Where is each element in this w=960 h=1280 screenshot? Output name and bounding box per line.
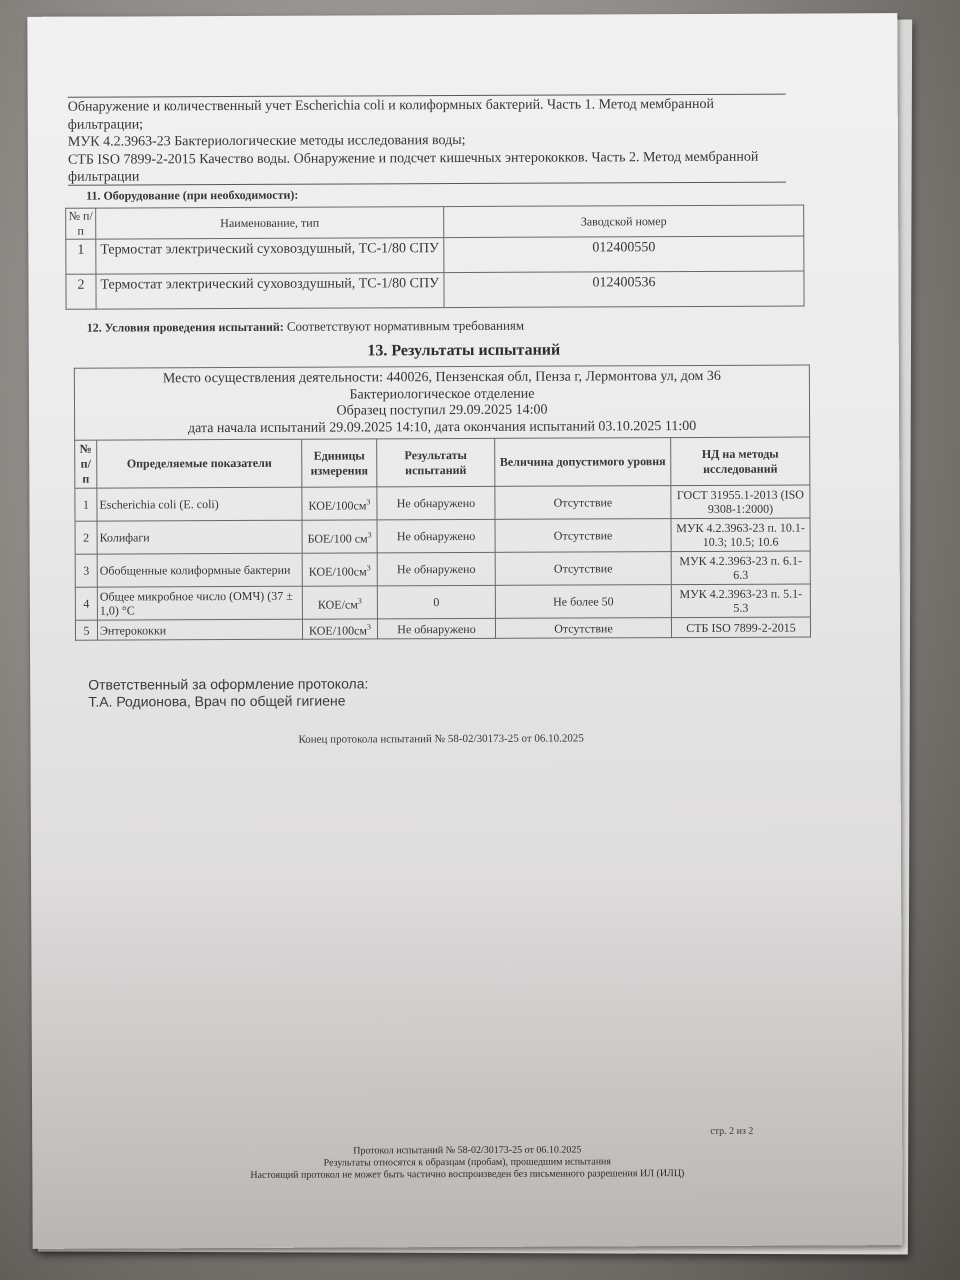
results-header-row: № п/п Определяемые показатели Единицы из…	[75, 437, 810, 488]
table-row: 2КолифагиБОЕ/100 см3Не обнаруженоОтсутст…	[75, 518, 810, 554]
row-method: МУК 4.2.3963-23 п. 6.1-6.3	[671, 551, 810, 585]
row-num: 5	[75, 620, 97, 640]
row-limit: Отсутствие	[495, 486, 671, 520]
row-limit: Отсутствие	[495, 618, 671, 639]
method-line: Обнаружение и количественный учет Escher…	[68, 96, 788, 134]
table-row: 5ЭнтерококкиКОЕ/100см3Не обнаруженоОтсут…	[75, 617, 810, 640]
row-num: 2	[75, 521, 97, 554]
equipment-num: 1	[66, 239, 96, 274]
table-row: 2 Термостат электрический суховоздушный,…	[66, 271, 804, 309]
responsible-label: Ответственный за оформление протокола:	[88, 675, 368, 693]
equipment-serial: 012400550	[444, 236, 804, 273]
row-unit: КОЕ/100см3	[302, 487, 377, 520]
unit-exponent: 3	[368, 530, 372, 539]
col-indicator: Определяемые показатели	[97, 439, 302, 488]
equipment-name: Термостат электрический суховоздушный, Т…	[96, 273, 444, 310]
row-indicator: Энтерококки	[97, 619, 302, 640]
row-result: Не обнаружено	[377, 552, 495, 586]
equipment-heading: 11. Оборудование (при необходимости):	[86, 188, 298, 204]
unit-exponent: 3	[366, 497, 370, 506]
row-indicator: Общее микробное число (ОМЧ) (37 ± 1,0) °…	[97, 586, 302, 620]
table-row: 1 Термостат электрический суховоздушный,…	[66, 236, 804, 274]
equipment-num: 2	[66, 274, 96, 309]
col-limit: Величина допустимого уровня	[495, 438, 671, 487]
row-result: 0	[377, 585, 495, 619]
table-row: 4Общее микробное число (ОМЧ) (37 ± 1,0) …	[75, 584, 810, 620]
document-page: Обнаружение и количественный учет Escher…	[27, 13, 902, 1249]
col-num: № п/п	[66, 208, 96, 239]
row-unit: БОЕ/100 см3	[302, 520, 377, 553]
equipment-table: № п/п Наименование, тип Заводской номер …	[65, 205, 804, 310]
row-num: 3	[75, 554, 97, 587]
conditions-label: 12. Условия проведения испытаний:	[87, 320, 284, 335]
unit-exponent: 3	[358, 596, 362, 605]
row-indicator: Обобщенные колиформные бактерии	[97, 553, 302, 587]
results-info-row: Место осуществления деятельности: 440026…	[74, 365, 809, 440]
equipment-name: Термостат электрический суховоздушный, Т…	[96, 238, 444, 275]
row-result: Не обнаружено	[377, 618, 495, 639]
footer-line: Настоящий протокол не может быть частичн…	[32, 1167, 902, 1183]
unit-text: КОЕ/100см	[309, 623, 367, 637]
equipment-serial: 012400536	[444, 271, 804, 308]
row-unit: КОЕ/100см3	[302, 619, 377, 639]
row-unit: КОЕ/см3	[302, 586, 377, 619]
page-number: стр. 2 из 2	[710, 1126, 753, 1137]
col-serial: Заводской номер	[444, 205, 804, 238]
conditions: 12. Условия проведения испытаний: Соотве…	[87, 318, 525, 336]
row-indicator: Колифаги	[97, 520, 302, 554]
table-row: 3Обобщенные колиформные бактерииКОЕ/100с…	[75, 551, 810, 587]
row-method: СТБ ISO 7899-2-2015	[671, 617, 810, 638]
end-note: Конец протокола испытаний № 58-02/30173-…	[298, 732, 583, 745]
unit-exponent: 3	[367, 563, 371, 572]
responsible-block: Ответственный за оформление протокола: Т…	[88, 675, 368, 710]
results-title: 13. Результаты испытаний	[29, 340, 899, 362]
results-info: Место осуществления деятельности: 440026…	[74, 365, 809, 440]
row-limit: Отсутствие	[495, 552, 671, 586]
unit-text: БОЕ/100 см	[308, 531, 368, 545]
results-table: Место осуществления деятельности: 440026…	[74, 364, 811, 640]
unit-text: КОЕ/см	[318, 597, 358, 611]
col-result: Результаты испытаний	[377, 438, 495, 487]
conditions-value: Соответствуют нормативным требованиям	[287, 318, 524, 334]
unit-exponent: 3	[367, 622, 371, 631]
row-unit: КОЕ/100см3	[302, 553, 377, 586]
row-num: 1	[75, 488, 97, 521]
row-limit: Отсутствие	[495, 519, 671, 553]
responsible-person: Т.А. Родионова, Врач по общей гигиене	[88, 692, 368, 710]
col-name: Наименование, тип	[96, 207, 444, 240]
unit-text: КОЕ/100см	[309, 564, 367, 578]
footer: Протокол испытаний № 58-02/30173-25 от 0…	[32, 1143, 902, 1183]
row-indicator: Escherichia coli (E. coli)	[97, 487, 302, 521]
results-body: 1Escherichia coli (E. coli)КОЕ/100см3Не …	[75, 485, 811, 640]
col-unit: Единицы измерения	[302, 439, 377, 487]
row-result: Не обнаружено	[377, 486, 495, 520]
method-line: СТБ ISO 7899-2-2015 Качество воды. Обнар…	[68, 148, 788, 186]
row-result: Не обнаружено	[377, 519, 495, 553]
col-method: НД на методы исследований	[671, 437, 810, 486]
table-row: 1Escherichia coli (E. coli)КОЕ/100см3Не …	[75, 485, 810, 521]
methods-list: Обнаружение и количественный учет Escher…	[68, 96, 788, 187]
location: Место осуществления деятельности: 440026…	[75, 368, 809, 388]
row-num: 4	[75, 587, 97, 620]
row-limit: Не более 50	[495, 585, 671, 619]
test-dates: дата начала испытаний 29.09.2025 14:10, …	[75, 418, 809, 438]
row-method: МУК 4.2.3963-23 п. 5.1-5.3	[671, 584, 810, 618]
row-method: ГОСТ 31955.1-2013 (ISO 9308-1:2000)	[671, 485, 810, 519]
unit-text: КОЕ/100см	[308, 498, 366, 512]
equipment-header-row: № п/п Наименование, тип Заводской номер	[66, 205, 804, 239]
row-method: МУК 4.2.3963-23 п. 10.1-10.3; 10.5; 10.6	[671, 518, 810, 552]
col-num: № п/п	[75, 440, 97, 488]
